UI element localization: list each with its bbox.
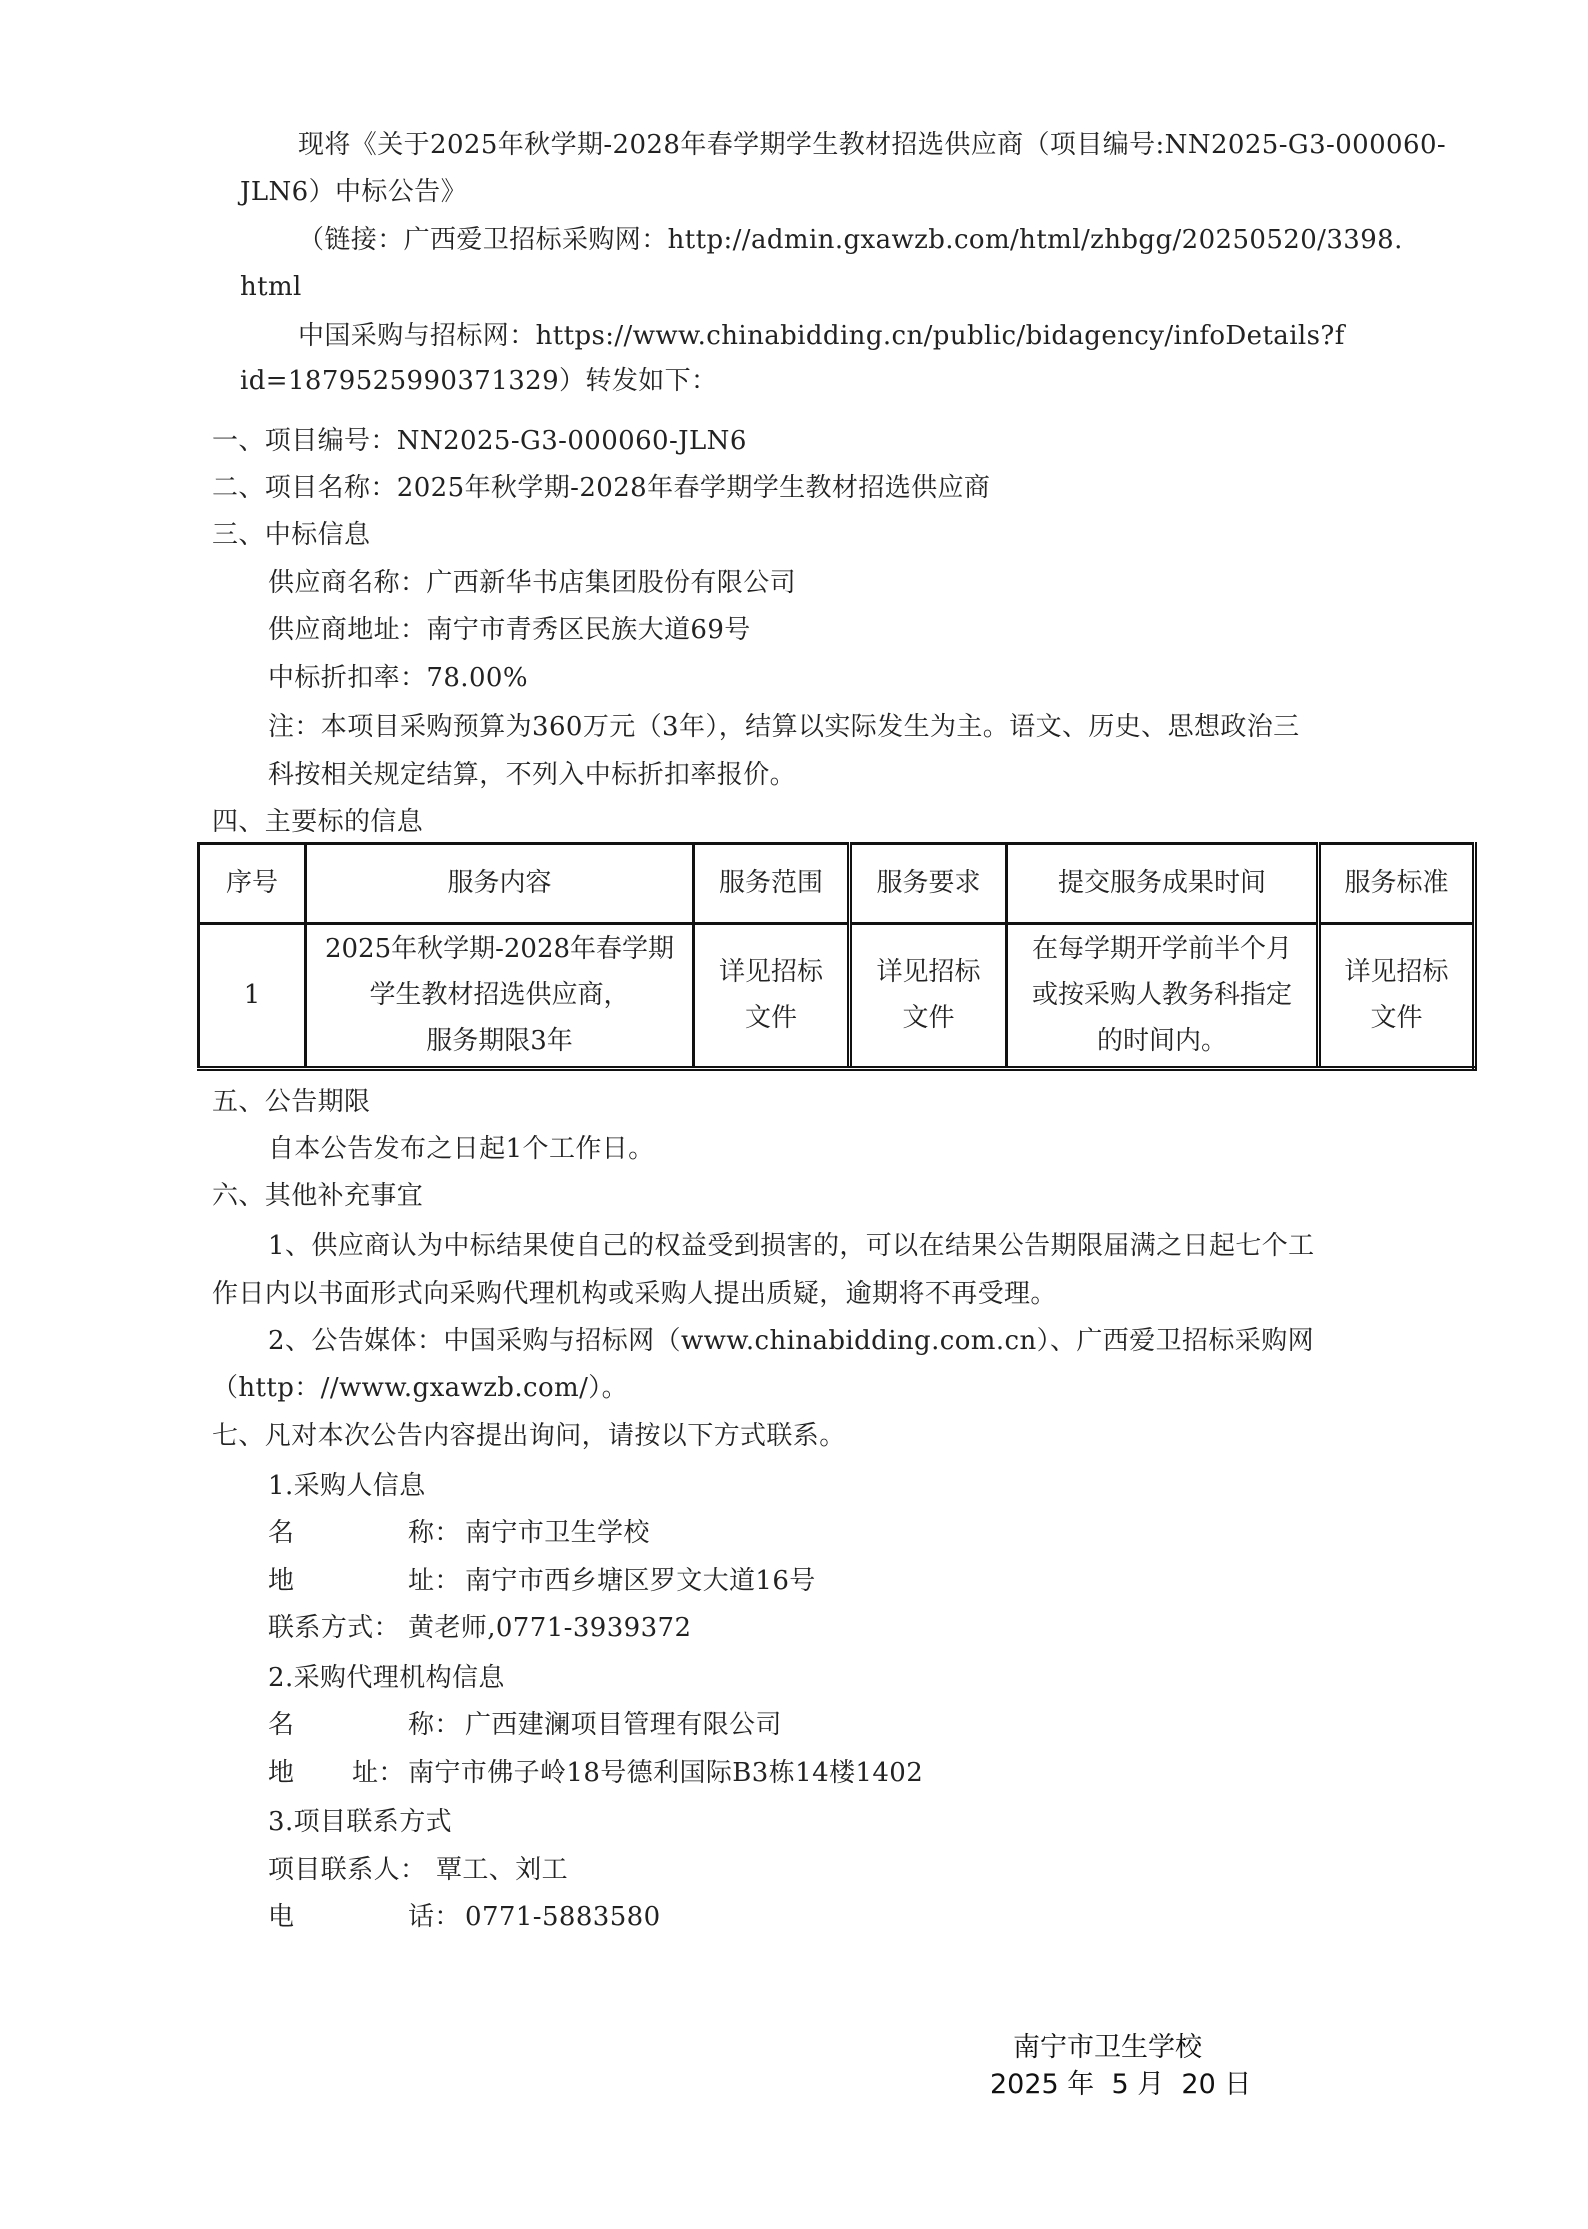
cell-delivery-line: 的时间内。 xyxy=(1012,1018,1312,1064)
section-project-name: 二、项目名称：2025年秋学期-2028年春学期学生教材招选供应商 xyxy=(212,471,990,505)
project-phone-label-a: 电 xyxy=(268,1900,294,1934)
header-standard: 服务标准 xyxy=(1319,844,1475,924)
cell-delivery-line: 在每学期开学前半个月 xyxy=(1012,926,1312,972)
supplementary-item-2-line-1: 2、公告媒体：中国采购与招标网（www.chinabidding.com.cn）… xyxy=(268,1324,1314,1358)
header-scope: 服务范围 xyxy=(694,844,850,924)
purchaser-name-label-b: 称： xyxy=(408,1516,461,1550)
purchaser-address: 南宁市西乡塘区罗文大道16号 xyxy=(465,1564,816,1598)
cell-no: 1 xyxy=(199,923,306,1068)
agency-name-label-a: 名 xyxy=(268,1708,294,1742)
intro-link-line-4: id=1879525990371329）转发如下： xyxy=(240,364,717,398)
supplier-address: 供应商地址：南宁市青秀区民族大道69号 xyxy=(268,613,751,647)
agency-name: 广西建澜项目管理有限公司 xyxy=(465,1708,782,1742)
section-main-subject-title: 四、主要标的信息 xyxy=(212,805,423,839)
cell-content-line: 服务期限3年 xyxy=(311,1018,688,1064)
cell-standard: 详见招标 文件 xyxy=(1319,923,1475,1068)
cell-scope-line: 文件 xyxy=(699,995,843,1041)
intro-line-2: JLN6）中标公告》 xyxy=(240,175,467,209)
header-content: 服务内容 xyxy=(306,844,694,924)
project-phone-label-b: 话： xyxy=(408,1900,461,1934)
intro-line-1: 现将《关于2025年秋学期-2028年春学期学生教材招选供应商（项目编号:NN2… xyxy=(298,128,1446,162)
table-row: 1 2025年秋学期-2028年春学期 学生教材招选供应商， 服务期限3年 详见… xyxy=(199,923,1475,1068)
header-no: 序号 xyxy=(199,844,306,924)
cell-scope: 详见招标 文件 xyxy=(694,923,850,1068)
notice-period-body: 自本公告发布之日起1个工作日。 xyxy=(268,1132,655,1166)
supplementary-item-1-line-1: 1、供应商认为中标结果使自己的权益受到损害的，可以在结果公告期限届满之日起七个工 xyxy=(268,1229,1315,1263)
agency-name-label-b: 称： xyxy=(408,1708,461,1742)
intro-link-line-3: 中国采购与招标网：https://www.chinabidding.cn/pub… xyxy=(298,319,1345,353)
section-notice-period-title: 五、公告期限 xyxy=(212,1085,370,1119)
agency-address: 南宁市佛子岭18号德利国际B3栋14楼1402 xyxy=(408,1756,923,1790)
header-delivery-time: 提交服务成果时间 xyxy=(1007,844,1319,924)
project-contact-heading: 3.项目联系方式 xyxy=(268,1805,452,1839)
table-header-row: 序号 服务内容 服务范围 服务要求 提交服务成果时间 服务标准 xyxy=(199,844,1475,924)
purchaser-address-label-a: 地 xyxy=(268,1564,294,1598)
cell-scope-line: 详见招标 xyxy=(699,949,843,995)
purchaser-contact: 黄老师,0771-3939372 xyxy=(408,1611,691,1645)
cell-standard-line: 文件 xyxy=(1325,995,1468,1041)
agency-address-label-b: 址： xyxy=(352,1756,405,1790)
project-contact-person: 覃工、刘工 xyxy=(436,1853,568,1887)
cell-delivery-line: 或按采购人教务科指定 xyxy=(1012,972,1312,1018)
section-award-info-title: 三、中标信息 xyxy=(212,518,370,552)
cell-content: 2025年秋学期-2028年春学期 学生教材招选供应商， 服务期限3年 xyxy=(306,923,694,1068)
note-line-2: 科按相关规定结算，不列入中标折扣率报价。 xyxy=(268,758,796,792)
agency-heading: 2.采购代理机构信息 xyxy=(268,1661,505,1695)
cell-content-line: 学生教材招选供应商， xyxy=(311,972,688,1018)
intro-link-line-2: html xyxy=(240,270,302,304)
cell-requirement-line: 文件 xyxy=(856,995,1001,1041)
signature-organization: 南宁市卫生学校 xyxy=(1013,2031,1202,2065)
section-supplementary-title: 六、其他补充事宜 xyxy=(212,1179,423,1213)
purchaser-name: 南宁市卫生学校 xyxy=(465,1516,650,1550)
discount-rate: 中标折扣率：78.00% xyxy=(268,661,528,695)
section-project-number: 一、项目编号：NN2025-G3-000060-JLN6 xyxy=(212,424,747,458)
purchaser-heading: 1.采购人信息 xyxy=(268,1469,426,1503)
project-contact-person-label: 项目联系人： xyxy=(268,1853,426,1887)
cell-standard-line: 详见招标 xyxy=(1325,949,1468,995)
section-contact-title: 七、凡对本次公告内容提出询问，请按以下方式联系。 xyxy=(212,1419,846,1453)
supplementary-item-2-line-2: （http：//www.gxawzb.com/）。 xyxy=(212,1371,628,1405)
purchaser-address-label-b: 址： xyxy=(408,1564,461,1598)
agency-address-label-a: 地 xyxy=(268,1756,294,1790)
cell-requirement-line: 详见招标 xyxy=(856,949,1001,995)
supplier-name: 供应商名称：广西新华书店集团股份有限公司 xyxy=(268,566,796,600)
intro-link-line-1: （链接：广西爱卫招标采购网：http://admin.gxawzb.com/ht… xyxy=(298,223,1403,257)
note-line-1: 注：本项目采购预算为360万元（3年），结算以实际发生为主。语文、历史、思想政治… xyxy=(268,710,1300,744)
project-phone: 0771-5883580 xyxy=(465,1900,661,1934)
signature-date: 2025 年 5 月 20 日 xyxy=(990,2068,1251,2102)
purchaser-name-label-a: 名 xyxy=(268,1516,294,1550)
purchaser-contact-label: 联系方式： xyxy=(268,1611,400,1645)
supplementary-item-1-line-2: 作日内以书面形式向采购代理机构或采购人提出质疑，逾期将不再受理。 xyxy=(212,1277,1057,1311)
cell-delivery-time: 在每学期开学前半个月 或按采购人教务科指定 的时间内。 xyxy=(1007,923,1319,1068)
cell-content-line: 2025年秋学期-2028年春学期 xyxy=(311,926,688,972)
cell-requirement: 详见招标 文件 xyxy=(850,923,1007,1068)
header-requirement: 服务要求 xyxy=(850,844,1007,924)
main-subject-table: 序号 服务内容 服务范围 服务要求 提交服务成果时间 服务标准 1 2025年秋… xyxy=(197,842,1477,1071)
